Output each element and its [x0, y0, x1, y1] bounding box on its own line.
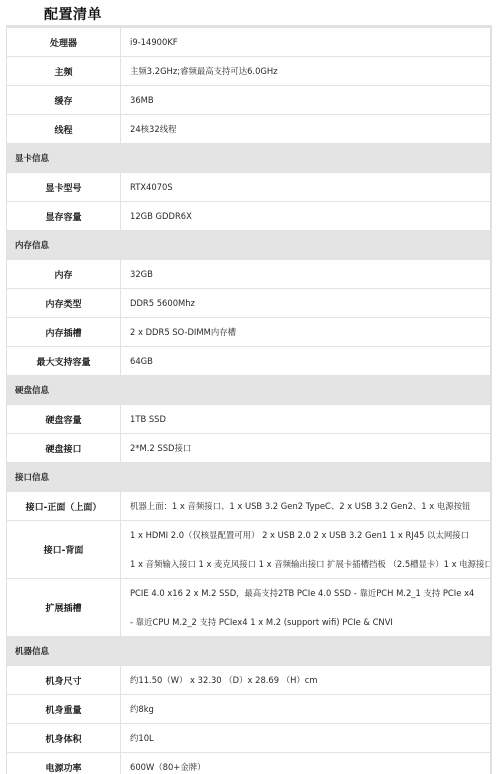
spec-table: 处理器 i9-14900KF 主频 主频3.2GHz;睿频最高支持可达6.0GH…: [6, 25, 492, 774]
spec-row-memory-slots: 内存插槽 2 x DDR5 SO-DIMM内存槽: [7, 318, 490, 347]
spec-label: 最大支持容量: [7, 347, 121, 375]
spec-label: 处理器: [7, 28, 121, 56]
spec-page: 配置清单 处理器 i9-14900KF 主频 主频3.2GHz;睿频最高支持可达…: [0, 0, 500, 774]
spec-row-ports-rear: 接口-背面 1 x HDMI 2.0（仅核显配置可用） 2 x USB 2.0 …: [7, 521, 490, 579]
spec-value: 12GB GDDR6X: [121, 202, 490, 230]
spec-label: 主频: [7, 57, 121, 85]
spec-label: 线程: [7, 115, 121, 143]
spec-row-dimensions: 机身尺寸 约11.50（W） x 32.30 （D）x 28.69 （H）cm: [7, 666, 490, 695]
spec-value: 64GB: [121, 347, 490, 375]
spec-row-frequency: 主频 主频3.2GHz;睿频最高支持可达6.0GHz: [7, 57, 490, 86]
spec-label: 硬盘接口: [7, 434, 121, 462]
section-header-storage: 硬盘信息: [7, 376, 490, 405]
spec-value: 600W（80+金牌）: [121, 753, 490, 774]
spec-row-cache: 缓存 36MB: [7, 86, 490, 115]
spec-value: DDR5 5600Mhz: [121, 289, 490, 317]
spec-value: 24核32线程: [121, 115, 490, 143]
spec-value: 约8kg: [121, 695, 490, 723]
spec-row-memory-type: 内存类型 DDR5 5600Mhz: [7, 289, 490, 318]
spec-value: 约11.50（W） x 32.30 （D）x 28.69 （H）cm: [121, 666, 490, 694]
section-header-ports: 接口信息: [7, 463, 490, 492]
spec-row-expansion-slots: 扩展插槽 PCIE 4.0 x16 2 x M.2 SSD，最高支持2TB PC…: [7, 579, 490, 637]
spec-row-power: 电源功率 600W（80+金牌）: [7, 753, 490, 774]
spec-row-memory: 内存 32GB: [7, 260, 490, 289]
page-title: 配置清单: [44, 4, 102, 24]
section-header-memory: 内存信息: [7, 231, 490, 260]
spec-value-line: 1 x 音频输入接口 1 x 麦克风接口 1 x 音频输出接口 扩展卡插槽挡板 …: [130, 550, 490, 579]
spec-label: 内存: [7, 260, 121, 288]
spec-value: 1TB SSD: [121, 405, 490, 433]
spec-label: 扩展插槽: [7, 579, 121, 636]
spec-value: 约10L: [121, 724, 490, 752]
spec-value: 1 x HDMI 2.0（仅核显配置可用） 2 x USB 2.0 2 x US…: [121, 521, 490, 578]
spec-row-disk-interface: 硬盘接口 2*M.2 SSD接口: [7, 434, 490, 463]
spec-value: 2 x DDR5 SO-DIMM内存槽: [121, 318, 490, 346]
spec-value: i9-14900KF: [121, 28, 490, 56]
spec-label: 机身重量: [7, 695, 121, 723]
spec-row-weight: 机身重量 约8kg: [7, 695, 490, 724]
spec-label: 接口-背面: [7, 521, 121, 578]
section-header-gpu: 显卡信息: [7, 144, 490, 173]
spec-row-ports-front: 接口-正面（上面） 机器上面：1 x 音频接口、1 x USB 3.2 Gen2…: [7, 492, 490, 521]
section-header-machine: 机器信息: [7, 637, 490, 666]
spec-value-line: 1 x HDMI 2.0（仅核显配置可用） 2 x USB 2.0 2 x US…: [130, 521, 490, 550]
spec-label: 机身尺寸: [7, 666, 121, 694]
spec-label: 硬盘容量: [7, 405, 121, 433]
spec-value: 2*M.2 SSD接口: [121, 434, 490, 462]
spec-value: 32GB: [121, 260, 490, 288]
spec-label: 内存类型: [7, 289, 121, 317]
spec-label: 机身体积: [7, 724, 121, 752]
spec-label: 接口-正面（上面）: [7, 492, 121, 520]
spec-value-line: - 靠近CPU M.2_2 支持 PCIex4 1 x M.2 (support…: [130, 608, 490, 637]
spec-value: 机器上面：1 x 音频接口、1 x USB 3.2 Gen2 TypeC、2 x…: [121, 492, 490, 520]
spec-row-vram: 显存容量 12GB GDDR6X: [7, 202, 490, 231]
spec-row-disk-capacity: 硬盘容量 1TB SSD: [7, 405, 490, 434]
spec-label: 电源功率: [7, 753, 121, 774]
spec-row-cpu: 处理器 i9-14900KF: [7, 28, 490, 57]
spec-row-threads: 线程 24核32线程: [7, 115, 490, 144]
spec-value: 主频3.2GHz;睿频最高支持可达6.0GHz: [121, 57, 490, 85]
spec-value-line: PCIE 4.0 x16 2 x M.2 SSD，最高支持2TB PCIe 4.…: [130, 579, 490, 608]
spec-row-volume: 机身体积 约10L: [7, 724, 490, 753]
spec-value: PCIE 4.0 x16 2 x M.2 SSD，最高支持2TB PCIe 4.…: [121, 579, 490, 636]
spec-label: 显存容量: [7, 202, 121, 230]
spec-label: 内存插槽: [7, 318, 121, 346]
spec-label: 缓存: [7, 86, 121, 114]
spec-row-max-memory: 最大支持容量 64GB: [7, 347, 490, 376]
spec-value: RTX4070S: [121, 173, 490, 201]
spec-label: 显卡型号: [7, 173, 121, 201]
spec-value: 36MB: [121, 86, 490, 114]
spec-row-gpu-model: 显卡型号 RTX4070S: [7, 173, 490, 202]
